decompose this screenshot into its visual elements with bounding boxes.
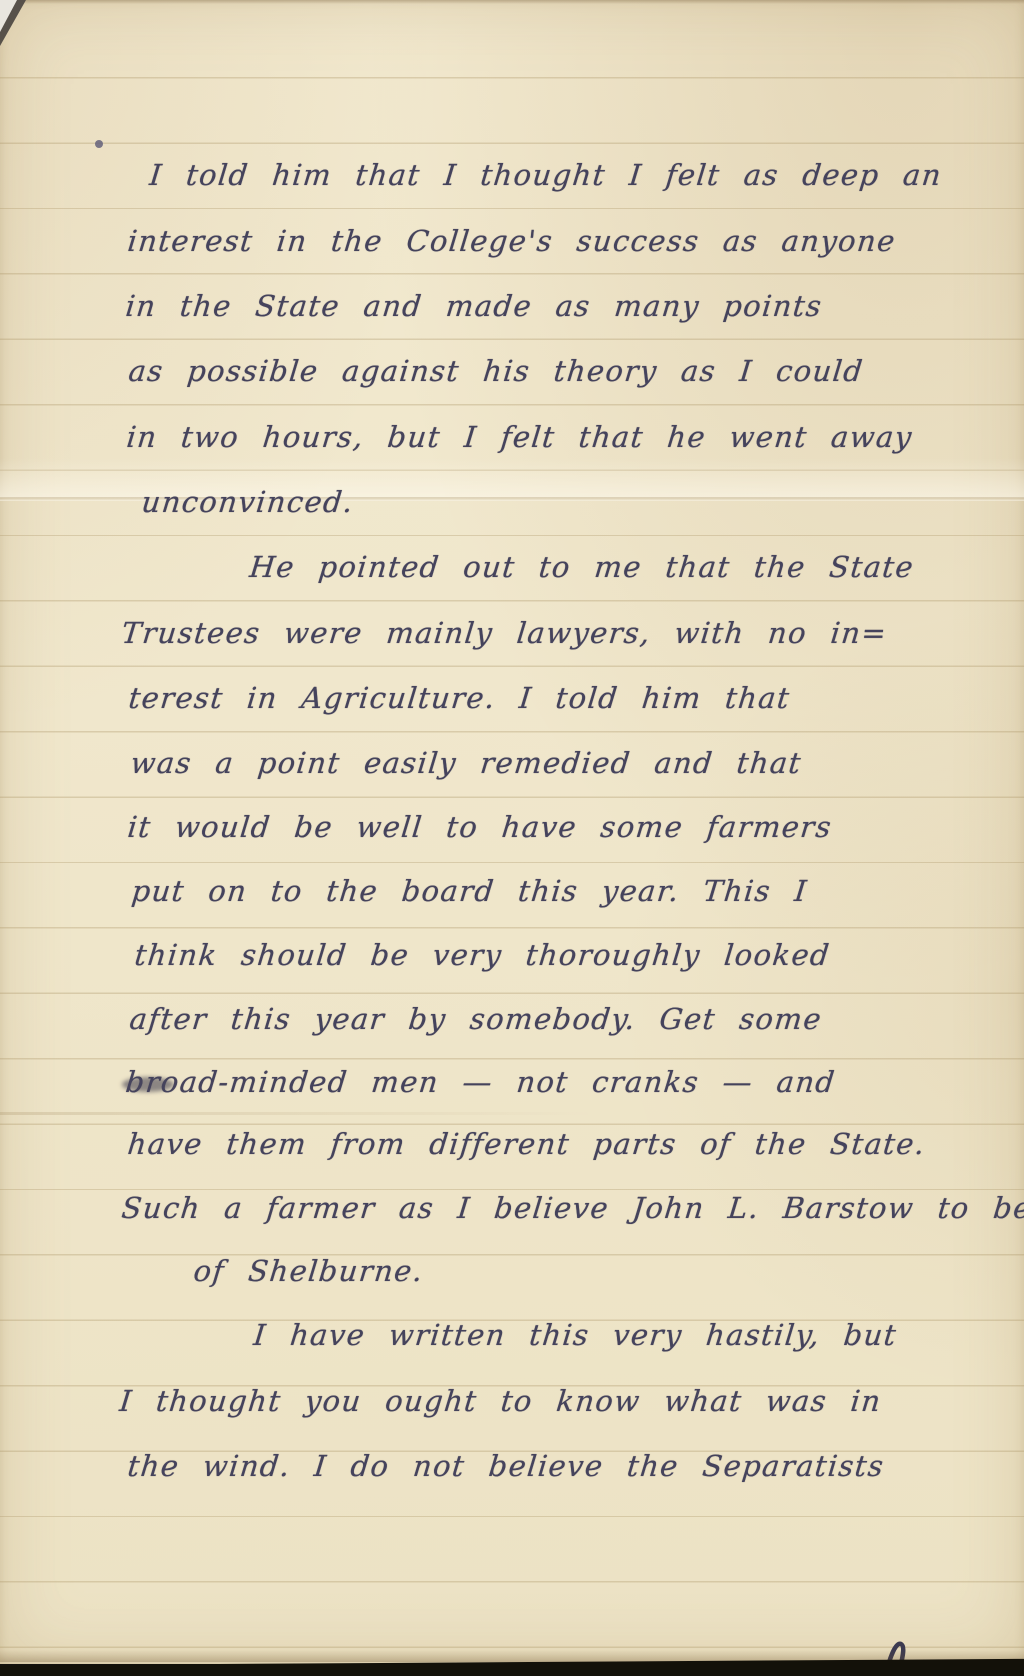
handwriting-line: Such a farmer as I believe John L. Barst… [120, 1191, 1024, 1225]
handwriting-line: I told him that I thought I felt as deep… [148, 158, 944, 192]
handwriting-line: after this year by somebody. Get some [128, 1002, 824, 1036]
handwriting-line: terest in Agriculture. I told him that [127, 681, 792, 715]
handwriting-line: have them from different parts of the St… [126, 1127, 927, 1161]
handwriting-line: as possible against his theory as I coul… [127, 354, 865, 388]
handwriting-line: in two hours, but I felt that he went aw… [125, 420, 914, 454]
letter-paper: I told him that I thought I felt as deep… [0, 0, 1024, 1664]
fold-crease-line-secondary [0, 1112, 594, 1115]
handwriting-line: in the State and made as many points [124, 289, 824, 323]
handwriting-line: it would be well to have some farmers [126, 810, 834, 844]
handwriting-line: interest in the College's success as any… [126, 224, 898, 258]
paper-top-edge-shadow [0, 0, 1024, 4]
handwriting-line: Trustees were mainly lawyers, with no in… [120, 616, 889, 650]
handwriting-line: put on to the board this year. This I [130, 874, 809, 908]
handwriting-line: I have written this very hastily, but [252, 1318, 899, 1352]
handwriting-line: broad-minded men — not cranks — and [124, 1065, 837, 1099]
scanned-letter-page: I told him that I thought I felt as deep… [0, 0, 1024, 1676]
handwriting-line: I thought you ought to know what was in [118, 1384, 883, 1418]
handwriting-line: He pointed out to me that the State [248, 550, 916, 584]
handwriting-line: was a point easily remedied and that [129, 746, 804, 780]
handwriting-line: unconvinced. [140, 485, 356, 519]
ink-dot [95, 140, 103, 148]
handwriting-line: the wind. I do not believe the Separatis… [126, 1449, 886, 1483]
handwriting-line: of Shelburne. [192, 1254, 425, 1288]
handwriting-line: think should be very thoroughly looked [133, 938, 832, 972]
